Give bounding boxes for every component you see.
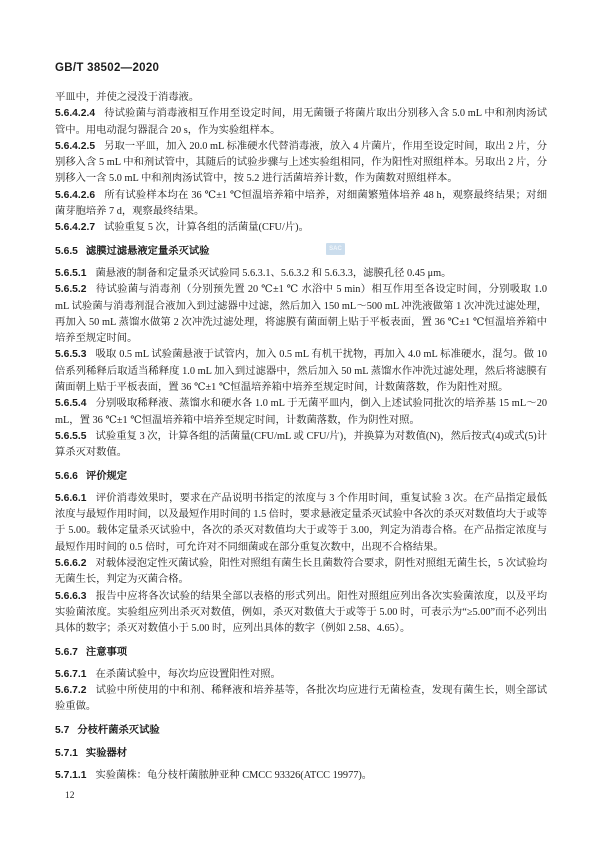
clause-number: 5.6.7 (55, 647, 78, 658)
clause-text: 待试验菌与消毒液相互作用至设定时间，用无菌镊子将菌片取出分别移入含 5.0 mL… (55, 108, 547, 135)
clause-number: 5.7.1.1 (55, 770, 87, 781)
clause-number: 5.7 (55, 725, 69, 736)
clause-paragraph: 5.6.5.5试验重复 3 次，计算各组的活菌量(CFU/mL 或 CFU/片)… (55, 429, 547, 462)
clause-text: 注意事项 (86, 647, 127, 658)
clause-number: 5.6.5 (55, 246, 78, 257)
clause-paragraph: 5.6.5.2待试验菌与消毒剂（分别预先置 20 ℃±1 ℃ 水浴中 5 min… (55, 282, 547, 347)
clause-number: 5.6.5.5 (55, 431, 87, 442)
clause-text: 评价规定 (86, 471, 127, 482)
clause-text: 试验重复 3 次，计算各组的活菌量(CFU/mL 或 CFU/片)，并换算为对数… (55, 431, 547, 458)
clause-paragraph: 5.6.5.1菌悬液的制备和定量杀灭试验同 5.6.3.1、5.6.3.2 和 … (55, 266, 547, 282)
clause-number: 5.6.7.1 (55, 669, 87, 680)
clause-text: 在杀菌试验中，每次均应设置阳性对照。 (96, 669, 281, 680)
clause-text: 另取一平皿，加入 20.0 mL 标准硬水代替消毒液，放入 4 片菌片，作用至设… (55, 141, 547, 185)
clause-paragraph: 5.7.1.1实验菌株：龟分枝杆菌脓肿亚种 CMCC 93326(ATCC 19… (55, 768, 547, 784)
clause-paragraph: 5.6.6.2对载体浸泡定性灭菌试验，阳性对照组有菌生长且菌数符合要求，阴性对照… (55, 556, 547, 589)
clause-paragraph: 5.6.5.3吸取 0.5 mL 试验菌悬液于试管内，加入 0.5 mL 有机干… (55, 347, 547, 396)
clause-text: 实验菌株：龟分枝杆菌脓肿亚种 CMCC 93326(ATCC 19977)。 (96, 770, 373, 781)
clause-text: 分枝杆菌杀灭试验 (77, 725, 159, 736)
clause-text: 菌悬液的制备和定量杀灭试验同 5.6.3.1、5.6.3.2 和 5.6.3.3… (96, 268, 452, 279)
clause-number: 5.6.5.1 (55, 268, 87, 279)
clause-text: 对载体浸泡定性灭菌试验，阳性对照组有菌生长且菌数符合要求，阴性对照组无菌生长，5… (55, 558, 547, 585)
clause-text: 所有试验样本均在 36 ℃±1 ℃恒温培养箱中培养，对细菌繁殖体培养 48 h，… (55, 190, 547, 217)
clause-text: 实验器材 (86, 748, 127, 759)
section-heading: 5.6.7注意事项 (55, 645, 547, 661)
clause-text: 平皿中，并使之浸没于消毒液。 (55, 92, 199, 103)
clause-number: 5.6.6.2 (55, 558, 87, 569)
standard-number-header: GB/T 38502—2020 (55, 62, 159, 74)
clause-paragraph: 5.6.6.3报告中应将各次试验的结果全部以表格的形式列出。阳性对照组应列出各次… (55, 589, 547, 638)
clause-number: 5.6.6.3 (55, 591, 87, 602)
clause-number: 5.7.1 (55, 748, 78, 759)
clause-text: 待试验菌与消毒剂（分别预先置 20 ℃±1 ℃ 水浴中 5 min）相互作用至各… (55, 284, 547, 344)
clause-paragraph: 5.6.4.2.4待试验菌与消毒液相互作用至设定时间，用无菌镊子将菌片取出分别移… (55, 106, 547, 139)
clause-number: 5.6.7.2 (55, 685, 87, 696)
clause-paragraph: 平皿中，并使之浸没于消毒液。 (55, 90, 547, 106)
clause-text: 试验中所使用的中和剂、稀释液和培养基等，各批次均应进行无菌检查，发现有菌生长，则… (55, 685, 547, 712)
section-heading: 5.7.1实验器材 (55, 746, 547, 762)
clause-number: 5.6.4.2.7 (55, 222, 95, 233)
clause-paragraph: 5.6.7.1在杀菌试验中，每次均应设置阳性对照。 (55, 667, 547, 683)
clause-number: 5.6.6.1 (55, 493, 87, 504)
page-number: 12 (65, 791, 75, 801)
section-heading: 5.7分枝杆菌杀灭试验 (55, 723, 547, 739)
document-content: 平皿中，并使之浸没于消毒液。5.6.4.2.4待试验菌与消毒液相互作用至设定时间… (55, 90, 547, 785)
clause-number: 5.6.4.2.4 (55, 108, 95, 119)
clause-text: 分别吸取稀释液、蒸馏水和硬水各 1.0 mL 于无菌平皿内，倒入上述试验同批次的… (55, 398, 547, 425)
clause-paragraph: 5.6.4.2.5另取一平皿，加入 20.0 mL 标准硬水代替消毒液，放入 4… (55, 139, 547, 188)
clause-text: 评价消毒效果时，要求在产品说明书指定的浓度与 3 个作用时间，重复试验 3 次。… (55, 493, 547, 553)
clause-text: 吸取 0.5 mL 试验菌悬液于试管内，加入 0.5 mL 有机干扰物，再加入 … (55, 349, 547, 393)
clause-number: 5.6.4.2.5 (55, 141, 95, 152)
clause-paragraph: 5.6.5.4分别吸取稀释液、蒸馏水和硬水各 1.0 mL 于无菌平皿内，倒入上… (55, 396, 547, 429)
clause-text: 报告中应将各次试验的结果全部以表格的形式列出。阳性对照组应列出各次实验菌浓度，以… (55, 591, 547, 635)
document-page: GB/T 38502—2020 SAC 平皿中，并使之浸没于消毒液。5.6.4.… (0, 0, 597, 855)
clause-paragraph: 5.6.4.2.6所有试验样本均在 36 ℃±1 ℃恒温培养箱中培养，对细菌繁殖… (55, 188, 547, 221)
clause-text: 滤膜过滤悬液定量杀灭试验 (86, 246, 210, 257)
clause-number: 5.6.5.3 (55, 349, 87, 360)
section-heading: 5.6.6评价规定 (55, 469, 547, 485)
clause-number: 5.6.4.2.6 (55, 190, 95, 201)
clause-paragraph: 5.6.4.2.7试验重复 5 次，计算各组的活菌量(CFU/片)。 (55, 220, 547, 236)
section-heading: 5.6.5滤膜过滤悬液定量杀灭试验 (55, 244, 547, 260)
clause-number: 5.6.6 (55, 471, 78, 482)
clause-paragraph: 5.6.7.2试验中所使用的中和剂、稀释液和培养基等，各批次均应进行无菌检查，发… (55, 683, 547, 716)
clause-text: 试验重复 5 次，计算各组的活菌量(CFU/片)。 (104, 222, 309, 233)
clause-paragraph: 5.6.6.1评价消毒效果时，要求在产品说明书指定的浓度与 3 个作用时间，重复… (55, 491, 547, 556)
clause-number: 5.6.5.4 (55, 398, 87, 409)
clause-number: 5.6.5.2 (55, 284, 87, 295)
